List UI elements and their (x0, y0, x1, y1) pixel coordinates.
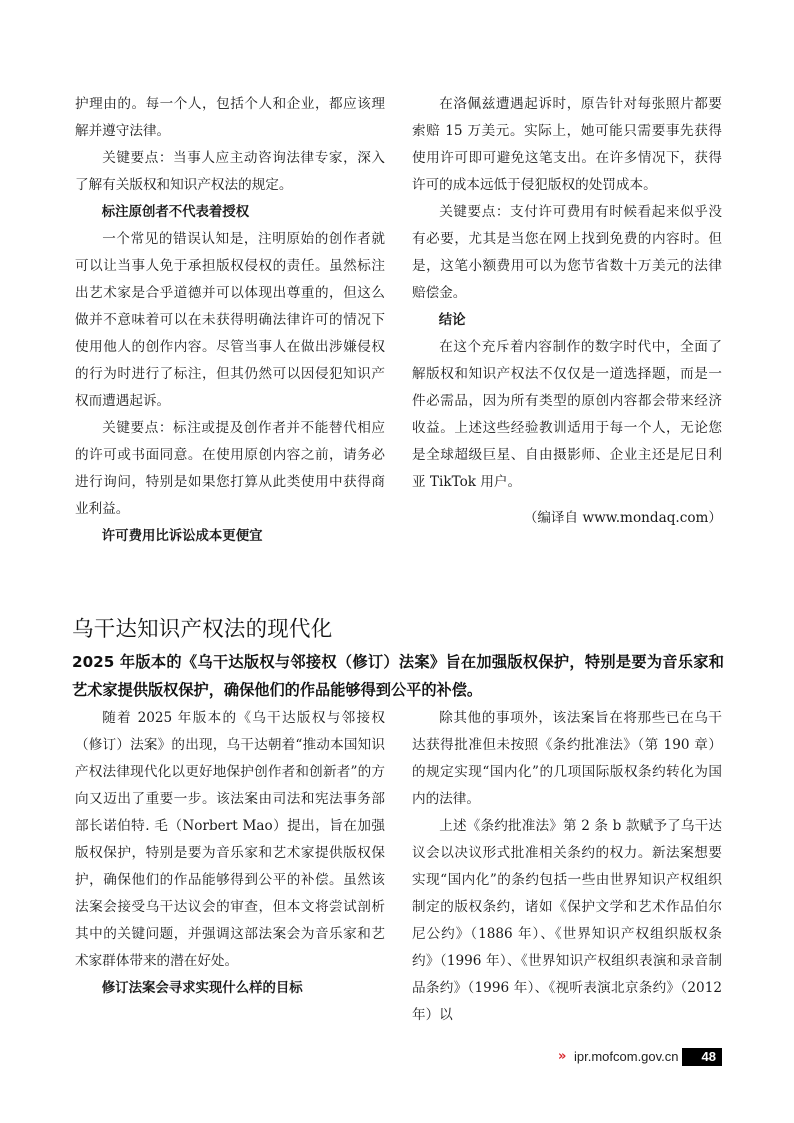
body-paragraph: 在洛佩兹遭遇起诉时，原告针对每张照片都要索赔 15 万美元。实际上，她可能只需要… (412, 91, 722, 199)
continued-article-right-column: 在洛佩兹遭遇起诉时，原告针对每张照片都要索赔 15 万美元。实际上，她可能只需要… (412, 91, 722, 532)
double-chevron-right-icon: » (558, 1049, 564, 1064)
footer-site-url: ipr.mofcom.gov.cn (574, 1049, 679, 1064)
key-point-paragraph: 关键要点：标注或提及创作者并不能替代相应的许可或书面同意。在使用原创内容之前，请… (75, 415, 385, 523)
subheading-bill-goals: 修订法案会寻求实现什么样的目标 (75, 975, 385, 1002)
page-number: 48 (682, 1048, 722, 1066)
source-credit: （编译自 www.mondaq.com） (412, 505, 722, 532)
body-paragraph: 除其他的事项外，该法案旨在将那些已在乌干达获得批准但未按照《条约批准法》（第 1… (412, 705, 722, 813)
new-article-left-column: 随着 2025 年版本的《乌干达版权与邻接权（修订）法案》的出现，乌干达朝着“推… (75, 705, 385, 1002)
subheading-conclusion: 结论 (412, 307, 722, 334)
new-article-right-column: 除其他的事项外，该法案旨在将那些已在乌干达获得批准但未按照《条约批准法》（第 1… (412, 705, 722, 1029)
subheading-licensing-cost: 许可费用比诉讼成本更便宜 (75, 523, 385, 550)
conclusion-paragraph: 在这个充斥着内容制作的数字时代中，全面了解版权和知识产权法不仅仅是一道选择题，而… (412, 334, 722, 496)
article-title: 乌干达知识产权法的现代化 (72, 612, 332, 643)
key-point-paragraph: 关键要点：当事人应主动咨询法律专家，深入了解有关版权和知识产权法的规定。 (75, 145, 385, 199)
magazine-page: 护理由的。每一个人，包括个人和企业，都应该理解并遵守法律。 关键要点：当事人应主… (0, 0, 794, 1123)
article-deck: 2025 年版本的《乌干达版权与邻接权（修订）法案》旨在加强版权保护，特别是要为… (72, 648, 724, 704)
body-paragraph: 一个常见的错误认知是，注明原始的创作者就可以让当事人免于承担版权侵权的责任。虽然… (75, 226, 385, 415)
body-paragraph: 护理由的。每一个人，包括个人和企业，都应该理解并遵守法律。 (75, 91, 385, 145)
body-paragraph: 上述《条约批准法》第 2 条 b 款赋予了乌干达议会以决议形式批准相关条约的权力… (412, 813, 722, 1029)
key-point-paragraph: 关键要点：支付许可费用有时候看起来似乎没有必要，尤其是当您在网上找到免费的内容时… (412, 199, 722, 307)
page-footer: » ipr.mofcom.gov.cn 48 (0, 1048, 794, 1068)
continued-article-left-column: 护理由的。每一个人，包括个人和企业，都应该理解并遵守法律。 关键要点：当事人应主… (75, 91, 385, 550)
subheading-attribution: 标注原创者不代表着授权 (75, 199, 385, 226)
intro-paragraph: 随着 2025 年版本的《乌干达版权与邻接权（修订）法案》的出现，乌干达朝着“推… (75, 705, 385, 975)
